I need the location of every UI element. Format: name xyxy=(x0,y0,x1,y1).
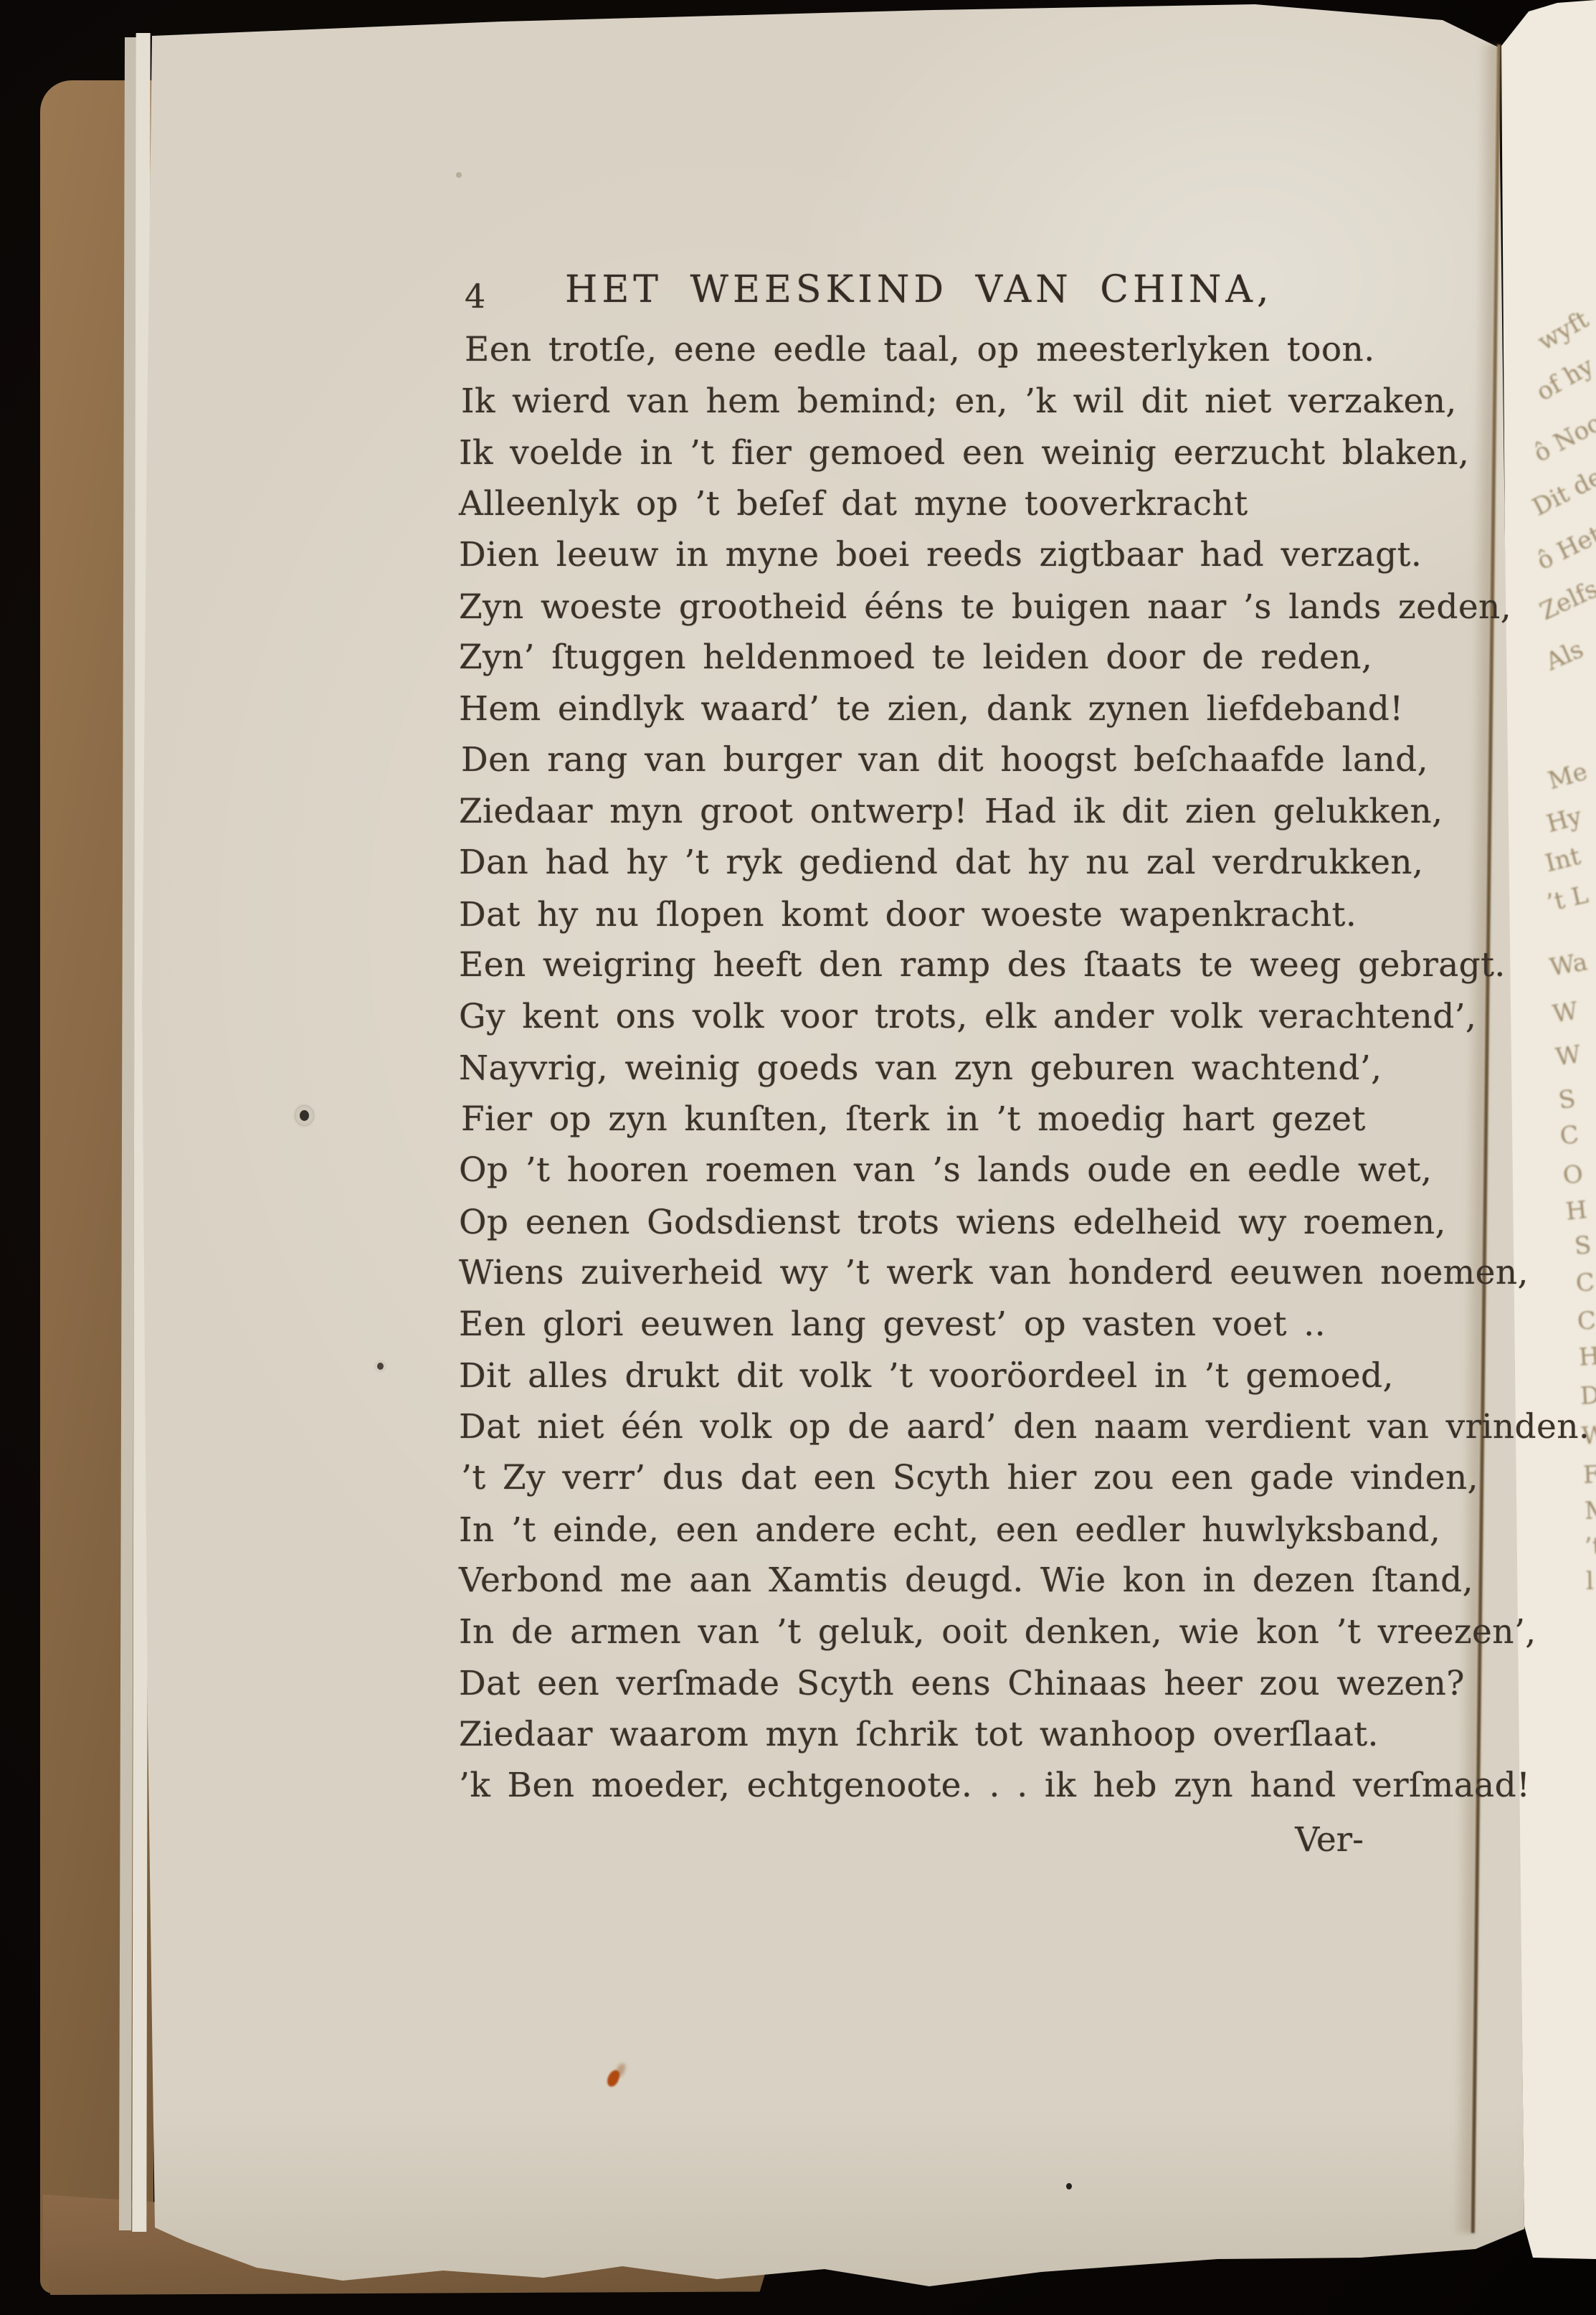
page-number: 4 xyxy=(465,277,485,316)
poem-line: Ziedaar waarom myn ſchrik tot wanhoop ov… xyxy=(459,1709,1520,1761)
poem-line: Fier op zyn kunſten, ſterk in ’t moedig … xyxy=(461,1094,1522,1145)
poem-line: Dan had hy ’t ryk gediend dat hy nu zal … xyxy=(459,837,1520,889)
poem-line: Ziedaar myn groot ontwerp! Had ik dit zi… xyxy=(459,786,1520,838)
adjacent-page-fragment: C xyxy=(1577,1306,1596,1336)
poem-line: Op eenen Godsdienst trots wiens edelheid… xyxy=(459,1197,1520,1249)
poem-line: Dat niet één volk op de aard’ den naam v… xyxy=(459,1401,1520,1453)
poem-line: Gy kent ons volk voor trots, elk ander v… xyxy=(459,991,1520,1043)
adjacent-page-fragment: C xyxy=(1574,1268,1595,1298)
poem-line: Dit alles drukt dit volk ’t vooröordeel … xyxy=(459,1350,1520,1402)
running-title: HET WEESKIND VAN CHINA, xyxy=(565,268,1273,311)
adjacent-page-fragment: Hy xyxy=(1544,802,1585,838)
adjacent-page-fragment: Zelfs xyxy=(1536,574,1596,626)
adjacent-page-fragment: l xyxy=(1586,1567,1595,1596)
adjacent-page-fragment: S xyxy=(1557,1084,1577,1115)
adjacent-page-fragment: ô Het xyxy=(1532,521,1596,576)
book-photograph: wyftof hyô NooDit deô HetZelfsAlsMeHyInt… xyxy=(0,0,1596,2315)
poem-line: Een glori eeuwen lang gevest’ op vasten … xyxy=(459,1299,1520,1350)
poem-line: Zyn woeste grootheid ééns te buigen naar… xyxy=(459,582,1520,633)
adjacent-page-fragment: of hy xyxy=(1531,351,1596,407)
paper-fleck xyxy=(456,172,462,178)
adjacent-page-fragment: ’t xyxy=(1584,1532,1596,1561)
poem: Een trotſe, eene eedle taal, op meesterl… xyxy=(459,324,1520,1812)
adjacent-page-fragment: wyft xyxy=(1533,305,1594,356)
poem-line: Alleenlyk op ’t beſef dat myne tooverkra… xyxy=(459,478,1520,530)
ink-speck xyxy=(374,1360,386,1373)
poem-line: Verbond me aan Xamtis deugd. Wie kon in … xyxy=(459,1555,1520,1606)
adjacent-page-fragment: C xyxy=(1559,1120,1581,1151)
poem-line: Op ’t hooren roemen van ’s lands oude en… xyxy=(459,1145,1520,1196)
poem-line: Wiens zuiverheid wy ’t werk van honderd … xyxy=(459,1247,1520,1299)
poem-line: ’k Ben moeder, echtgenoote. . . ik heb z… xyxy=(459,1760,1520,1812)
dark-speck xyxy=(1066,2183,1072,2189)
adjacent-page-fragment: F xyxy=(1582,1460,1596,1490)
adjacent-page-fragment: Dit de xyxy=(1528,463,1596,522)
poem-line: Een weigring heeft den ramp des ſtaats t… xyxy=(459,939,1520,991)
adjacent-page-fragment: Int xyxy=(1542,842,1583,879)
poem-line: Dat een verſmade Scyth eens Chinaas heer… xyxy=(459,1658,1520,1710)
adjacent-page-fragment: S xyxy=(1573,1231,1592,1261)
poem-line: Dat hy nu ſlopen komt door woeste wapenk… xyxy=(459,889,1520,941)
catchword: Ver- xyxy=(1176,1820,1364,1860)
poem-line: Den rang van burger van dit hoogst beſch… xyxy=(461,734,1522,786)
adjacent-page-fragment: H xyxy=(1578,1342,1596,1372)
adjacent-page-fragment: O xyxy=(1562,1160,1585,1190)
poem-line: Ik wierd van hem bemind; en, ’k wil dit … xyxy=(461,376,1522,427)
adjacent-page-fragment: ô Noo xyxy=(1529,408,1596,468)
adjacent-page-fragment: Als xyxy=(1542,635,1588,676)
poem-line: Dien leeuw in myne boei reeds zigtbaar h… xyxy=(459,529,1520,581)
ink-speck xyxy=(295,1106,313,1125)
poem-line: Ik voelde in ’t fier gemoed een weinig e… xyxy=(459,427,1520,479)
adjacent-page-fragment: W xyxy=(1554,1040,1582,1071)
poem-line: ’t Zy verr’ dus dat een Scyth hier zou e… xyxy=(461,1452,1522,1504)
poem-line: Een trotſe, eene eedle taal, op meesterl… xyxy=(465,324,1520,376)
adjacent-page-fragment: ’t L xyxy=(1544,880,1591,917)
adjacent-page-fragment: W xyxy=(1551,997,1580,1029)
adjacent-page-fragment: Me xyxy=(1544,757,1590,796)
adjacent-page-fragment: M xyxy=(1584,1496,1596,1525)
poem-line: In ’t einde, een andere echt, een eedler… xyxy=(459,1505,1520,1556)
poem-line: In de armen van ’t geluk, ooit denken, w… xyxy=(459,1606,1520,1658)
adjacent-page-fragment: Wa xyxy=(1548,947,1590,982)
adjacent-page-fragment: H xyxy=(1564,1196,1589,1226)
poem-line: Nayvrig, weinig goeds van zyn geburen wa… xyxy=(459,1043,1520,1094)
poem-line: Hem eindlyk waard’ te zien, dank zynen l… xyxy=(459,683,1520,735)
adjacent-page-fragment: D xyxy=(1580,1381,1596,1411)
poem-line: Zyn’ ſtuggen heldenmoed te leiden door d… xyxy=(459,632,1520,683)
